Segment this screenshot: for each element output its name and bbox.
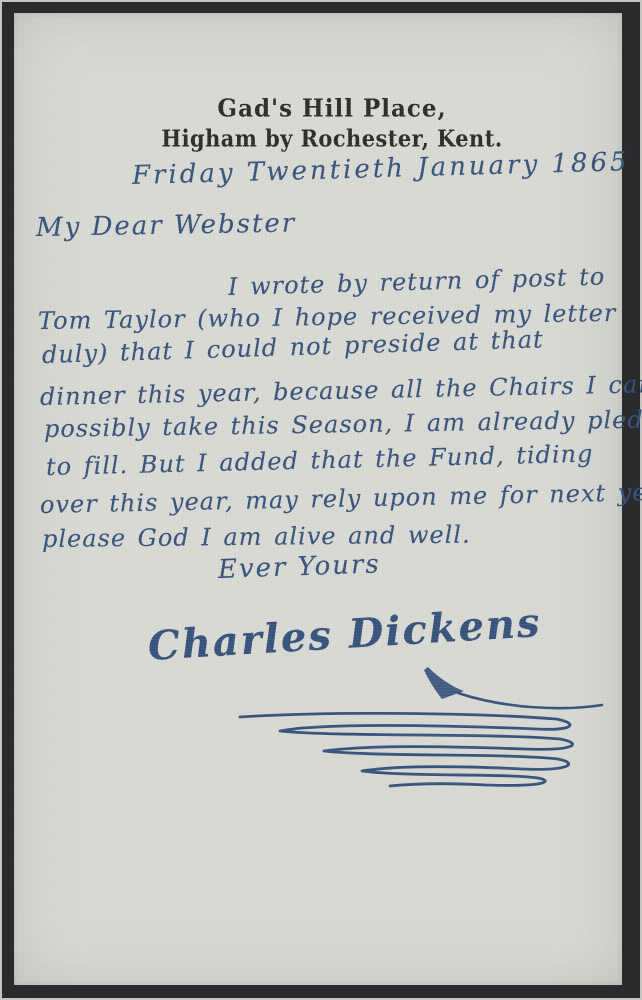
- body-line: over this year, may rely upon me for nex…: [40, 478, 642, 519]
- body-line: to fill. But I added that the Fund, tidi…: [46, 440, 594, 481]
- letter-paper: Gad's Hill Place, Higham by Rochester, K…: [14, 13, 622, 985]
- body-line: possibly take this Season, I am already …: [44, 405, 642, 443]
- body-line: I wrote by return of post to: [228, 262, 606, 301]
- letter-scan: Gad's Hill Place, Higham by Rochester, K…: [0, 0, 642, 1000]
- letterhead-line2: Higham by Rochester, Kent.: [43, 125, 621, 152]
- salutation: My Dear Webster: [36, 208, 297, 243]
- body-line: please God I am alive and well.: [42, 521, 471, 553]
- closing-valediction: Ever Yours: [217, 549, 381, 585]
- letterhead-line1: Gad's Hill Place,: [28, 94, 636, 122]
- signature-flourish: [140, 653, 616, 809]
- letterhead: Gad's Hill Place, Higham by Rochester, K…: [28, 95, 636, 152]
- date-line: Friday Twentieth January 1865: [132, 147, 630, 191]
- body-line: dinner this year, because all the Chairs…: [40, 370, 642, 411]
